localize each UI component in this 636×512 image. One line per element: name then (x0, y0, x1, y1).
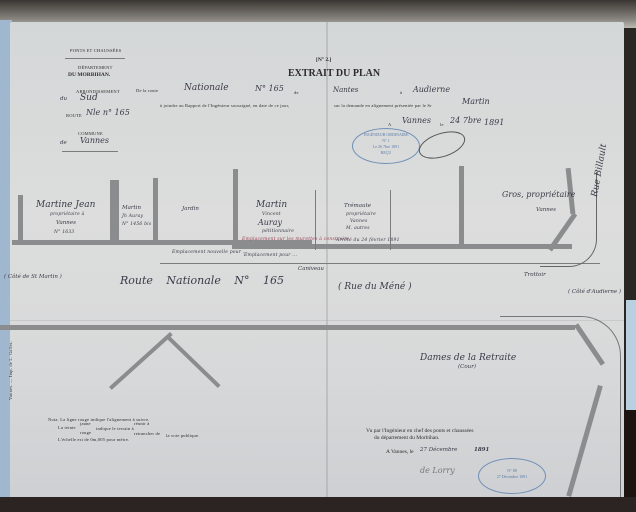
requester-name: Martin (462, 97, 490, 106)
caniveau-label: Caniveau (298, 266, 324, 272)
route-type: Nationale (184, 83, 229, 93)
right-background (626, 300, 636, 410)
wall-segment (115, 180, 119, 242)
received-stamp: INGÉNIEUR ORDINAIRE N° 1 Le 26 7bre 1891… (352, 128, 420, 164)
wall-segment (153, 178, 158, 242)
photo-frame: PONTS ET CHAUSSÉES DÉPARTEMENT DU MORBIH… (0, 0, 636, 512)
place-prefix: A (388, 122, 391, 127)
parcel-note: Emplacement sur les murettes à construir… (242, 237, 349, 242)
parcel-detail: Vincent (262, 212, 281, 217)
lower-parcel-sub: (Cour) (458, 364, 476, 370)
parcel-owner: Martin (256, 200, 287, 210)
parcel-owner: Martin (122, 205, 141, 211)
parcel-detail: propriétaire (346, 212, 376, 217)
divider (65, 58, 125, 59)
road-left-label: ( Côté de St Martin ) (4, 274, 62, 280)
request-line: sur la demande en alignement présentée p… (334, 103, 432, 108)
nota-scale: L'échelle est de 0m,005 pour mètre. (58, 437, 129, 442)
parcel-note: Arrêté du 24 février 1891 (336, 238, 400, 243)
chief-engineer-signature: de Lorry (420, 466, 455, 475)
vu-place: A Vannes, le (386, 449, 414, 455)
parcel-detail: Vannes (350, 219, 368, 224)
nota-teinte: La teinte (58, 425, 76, 430)
parcel-detail: N° 1456 bis (122, 222, 151, 227)
parcel-detail: propriétaire à (50, 212, 85, 217)
route-de: de (294, 90, 299, 95)
route-from: Nantes (333, 86, 358, 94)
nota-color: rouge (80, 430, 91, 435)
bottom-background (0, 497, 636, 512)
divider (62, 151, 118, 152)
alignment-note: Emplacement nouvelle pour ... (172, 250, 248, 255)
commune-value: Vannes (80, 136, 109, 145)
nota-voie: la voie publique. (166, 433, 200, 438)
route-number: N° 165 (255, 84, 284, 93)
kerb-line (160, 263, 600, 264)
lower-parcel-name: Dames de la Retraite (420, 353, 516, 363)
vu-line-2: du département du Morbihan. (374, 435, 439, 441)
parcel-detail: N° 1633 (54, 230, 74, 235)
parcel-detail: M. autres (346, 226, 370, 231)
stamp-line: REÇU (353, 150, 419, 156)
road-name: Route Nationale N° 165 (120, 274, 284, 287)
vu-date: 27 Décembre (420, 447, 457, 453)
route-value: Nle n° 165 (86, 108, 130, 117)
route-line-prefix: De la route (136, 88, 158, 93)
document-title: EXTRAIT DU PLAN (288, 68, 380, 79)
nota-color: jaune (80, 421, 91, 426)
road-right-label: ( Côté d'Audierne ) (568, 289, 621, 295)
route-a: à (400, 90, 402, 95)
parcel-owner: Jardin (182, 206, 199, 212)
date-prefix: le (440, 122, 444, 127)
wall-segment (18, 195, 23, 241)
parcel-detail: Jh Auray (122, 214, 143, 219)
date-value: 24 7bre (450, 116, 482, 125)
road-secondary-name: ( Rue du Méné ) (338, 282, 412, 292)
south-property-line (0, 325, 575, 330)
year-value: 1891 (484, 118, 504, 127)
parcel-detail: Vannes (536, 207, 556, 213)
arrondissement-value: Sud (80, 93, 98, 103)
parcel-owner: Gros, propriétaire (502, 190, 575, 199)
vertical-fold (326, 22, 328, 508)
place-value: Vannes (402, 116, 431, 125)
commune-prefix: de (60, 140, 67, 146)
street-corner-curve (540, 172, 597, 267)
vu-year: 1891 (474, 447, 489, 453)
nota-indique: indique le terrain à (96, 426, 134, 431)
service-label: PONTS ET CHAUSSÉES (70, 48, 121, 53)
parcel-owner: Martine Jean (36, 200, 95, 210)
wall-segment (233, 169, 238, 245)
wall-segment (459, 166, 464, 246)
route-to: Audierne (413, 85, 450, 94)
parcel-detail: Auray (258, 218, 282, 227)
nota-action: retrancher de (134, 431, 160, 436)
parcel-detail: Vannes (56, 220, 76, 226)
nota-action: réunir à (134, 421, 149, 426)
document-number: [N° 2.] (316, 57, 331, 63)
arrondissement-prefix: du (60, 96, 67, 102)
vu-line-1: Vu par l'Ingénieur en chef des ponts et … (366, 428, 474, 434)
report-line: à joindre au Rapport de l'Ingénieur sous… (160, 103, 289, 108)
stamp-line: 27 Décembre 1891 (479, 474, 545, 480)
route-label: ROUTE (66, 113, 82, 118)
chief-engineer-stamp: N° 88 27 Décembre 1891 (478, 458, 546, 494)
parcel-owner: Trémaute (344, 203, 371, 209)
departement-value: DU MORBIHAN. (68, 72, 110, 78)
printer-credit: Vannes. — Imp. de L. Galles. (8, 341, 13, 400)
departement-label: DÉPARTEMENT (78, 65, 113, 70)
property-line-right (232, 244, 572, 249)
trottoir-label: Trottoir (524, 272, 546, 278)
parcel-detail: pétitionnaire (262, 229, 294, 234)
alignment-note: Emplacement pour ... (244, 253, 297, 258)
